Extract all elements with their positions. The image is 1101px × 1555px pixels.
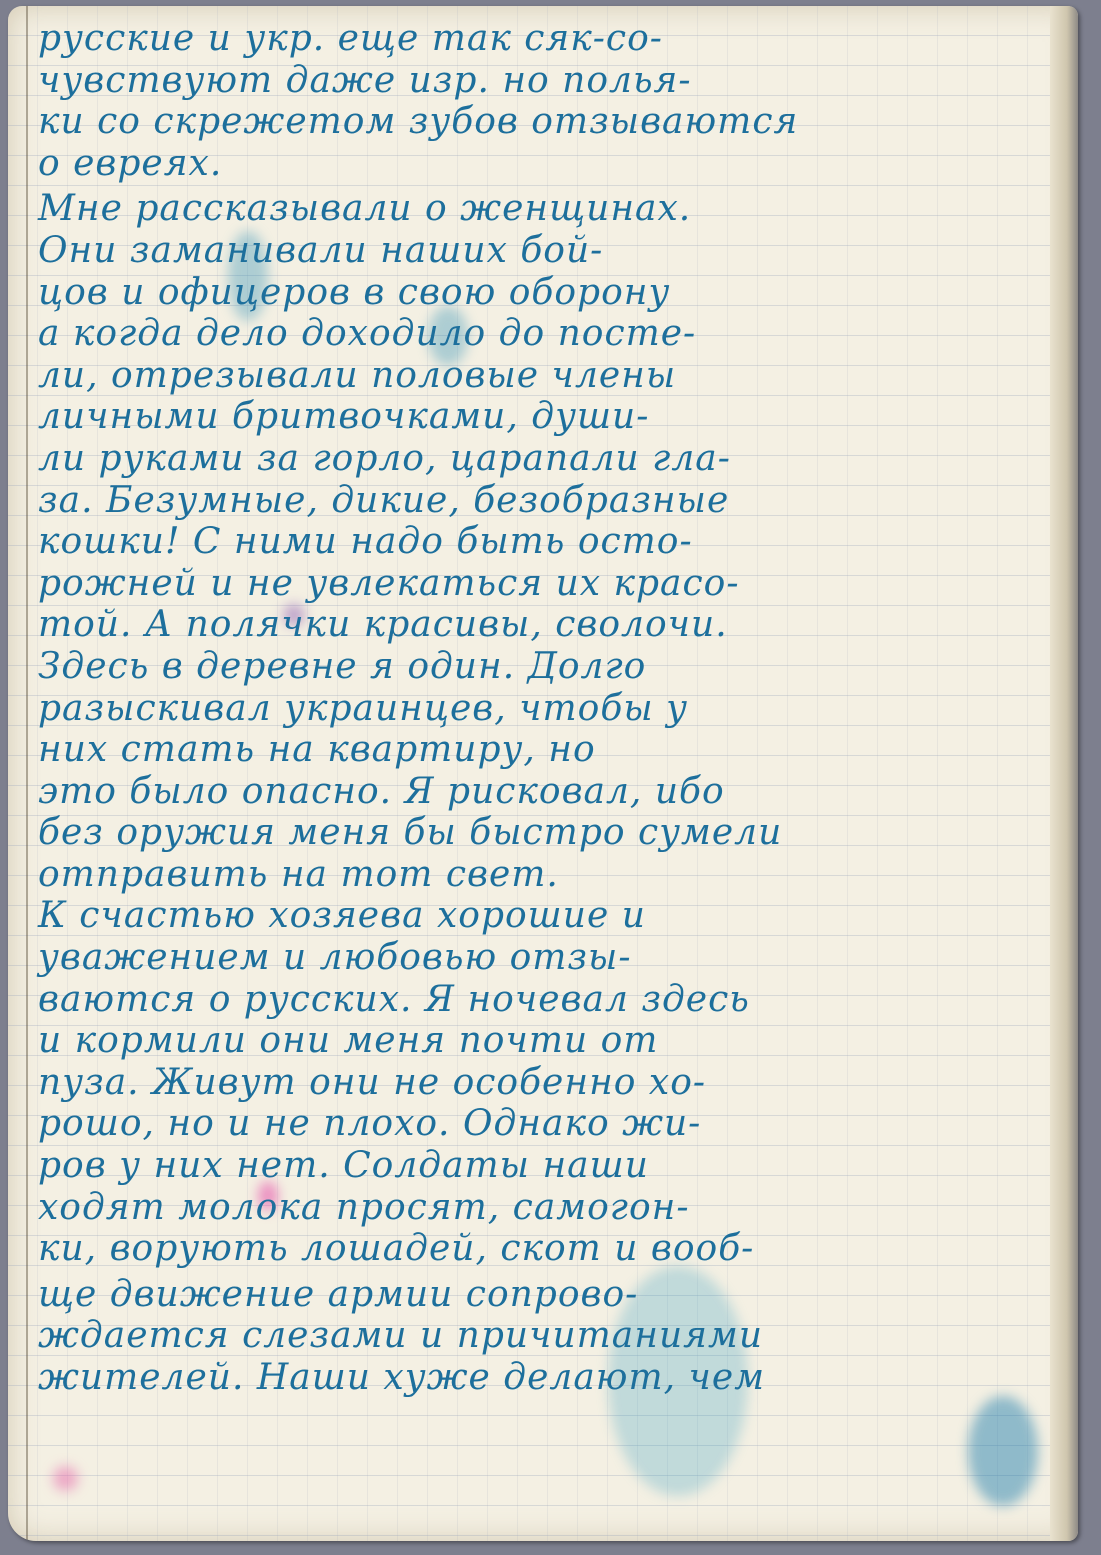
text-line: ще движение армии сопрово- <box>38 1274 1038 1316</box>
text-line: русские и укр. еще так сяк-со- <box>38 18 1038 60</box>
text-line: рошо, но и не плохо. Однако жи- <box>38 1103 1038 1145</box>
text-line: это было опасно. Я рисковал, ибо <box>38 771 1038 813</box>
text-line: Здесь в деревне я один. Долго <box>38 646 1038 688</box>
text-line: рожней и не увлекаться их красо- <box>38 563 1038 605</box>
text-line: ваются о русских. Я ночевал здесь <box>38 979 1038 1021</box>
pink-stain <box>53 1466 78 1491</box>
text-line: ки, ворують лошадей, скот и вооб- <box>38 1228 1038 1270</box>
text-line: ров у них нет. Солдаты наши <box>38 1145 1038 1187</box>
text-line: той. А полячки красивы, сволочи. <box>38 604 1038 646</box>
text-line: К счастью хозяева хорошие и <box>38 895 1038 937</box>
text-line: отправить на тот свет. <box>38 854 1038 896</box>
text-line: Мне рассказывали о женщинах. <box>38 188 1038 230</box>
text-line: Они заманивали наших бой- <box>38 230 1038 272</box>
text-line: пуза. Живут они не особенно хо- <box>38 1062 1038 1104</box>
text-line: ходят молока просят, самогон- <box>38 1187 1038 1229</box>
margin-line <box>26 6 28 1541</box>
text-line: личными бритвочками, души- <box>38 396 1038 438</box>
text-line: разыскивал украинцев, чтобы у <box>38 688 1038 730</box>
text-line: о евреях. <box>38 143 1038 185</box>
text-line: них стать на квартиру, но <box>38 729 1038 771</box>
text-line: кошки! С ними надо быть осто- <box>38 521 1038 563</box>
text-line: цов и офицеров в свою оборону <box>38 272 1038 314</box>
text-line: ли руками за горло, царапали гла- <box>38 438 1038 480</box>
notebook-spine <box>1050 6 1078 1541</box>
text-line: ли, отрезывали половые члены <box>38 355 1038 397</box>
text-line: а когда дело доходило до посте- <box>38 313 1038 355</box>
ink-stain <box>968 1396 1038 1506</box>
text-line: без оружия меня бы быстро сумели <box>38 812 1038 854</box>
handwritten-text: русские и укр. еще так сяк-со- чувствуют… <box>38 18 1038 1399</box>
text-line: ки со скрежетом зубов отзываются <box>38 101 1038 143</box>
text-line: чувствуют даже изр. но полья- <box>38 60 1038 102</box>
text-line: уважением и любовью отзы- <box>38 937 1038 979</box>
notebook-page: русские и укр. еще так сяк-со- чувствуют… <box>8 6 1078 1541</box>
text-line: жителей. Наши хуже делают, чем <box>38 1357 1038 1399</box>
text-line: и кормили они меня почти от <box>38 1020 1038 1062</box>
text-line: ждается слезами и причитаниями <box>38 1315 1038 1357</box>
text-line: за. Безумные, дикие, безобразные <box>38 480 1038 522</box>
